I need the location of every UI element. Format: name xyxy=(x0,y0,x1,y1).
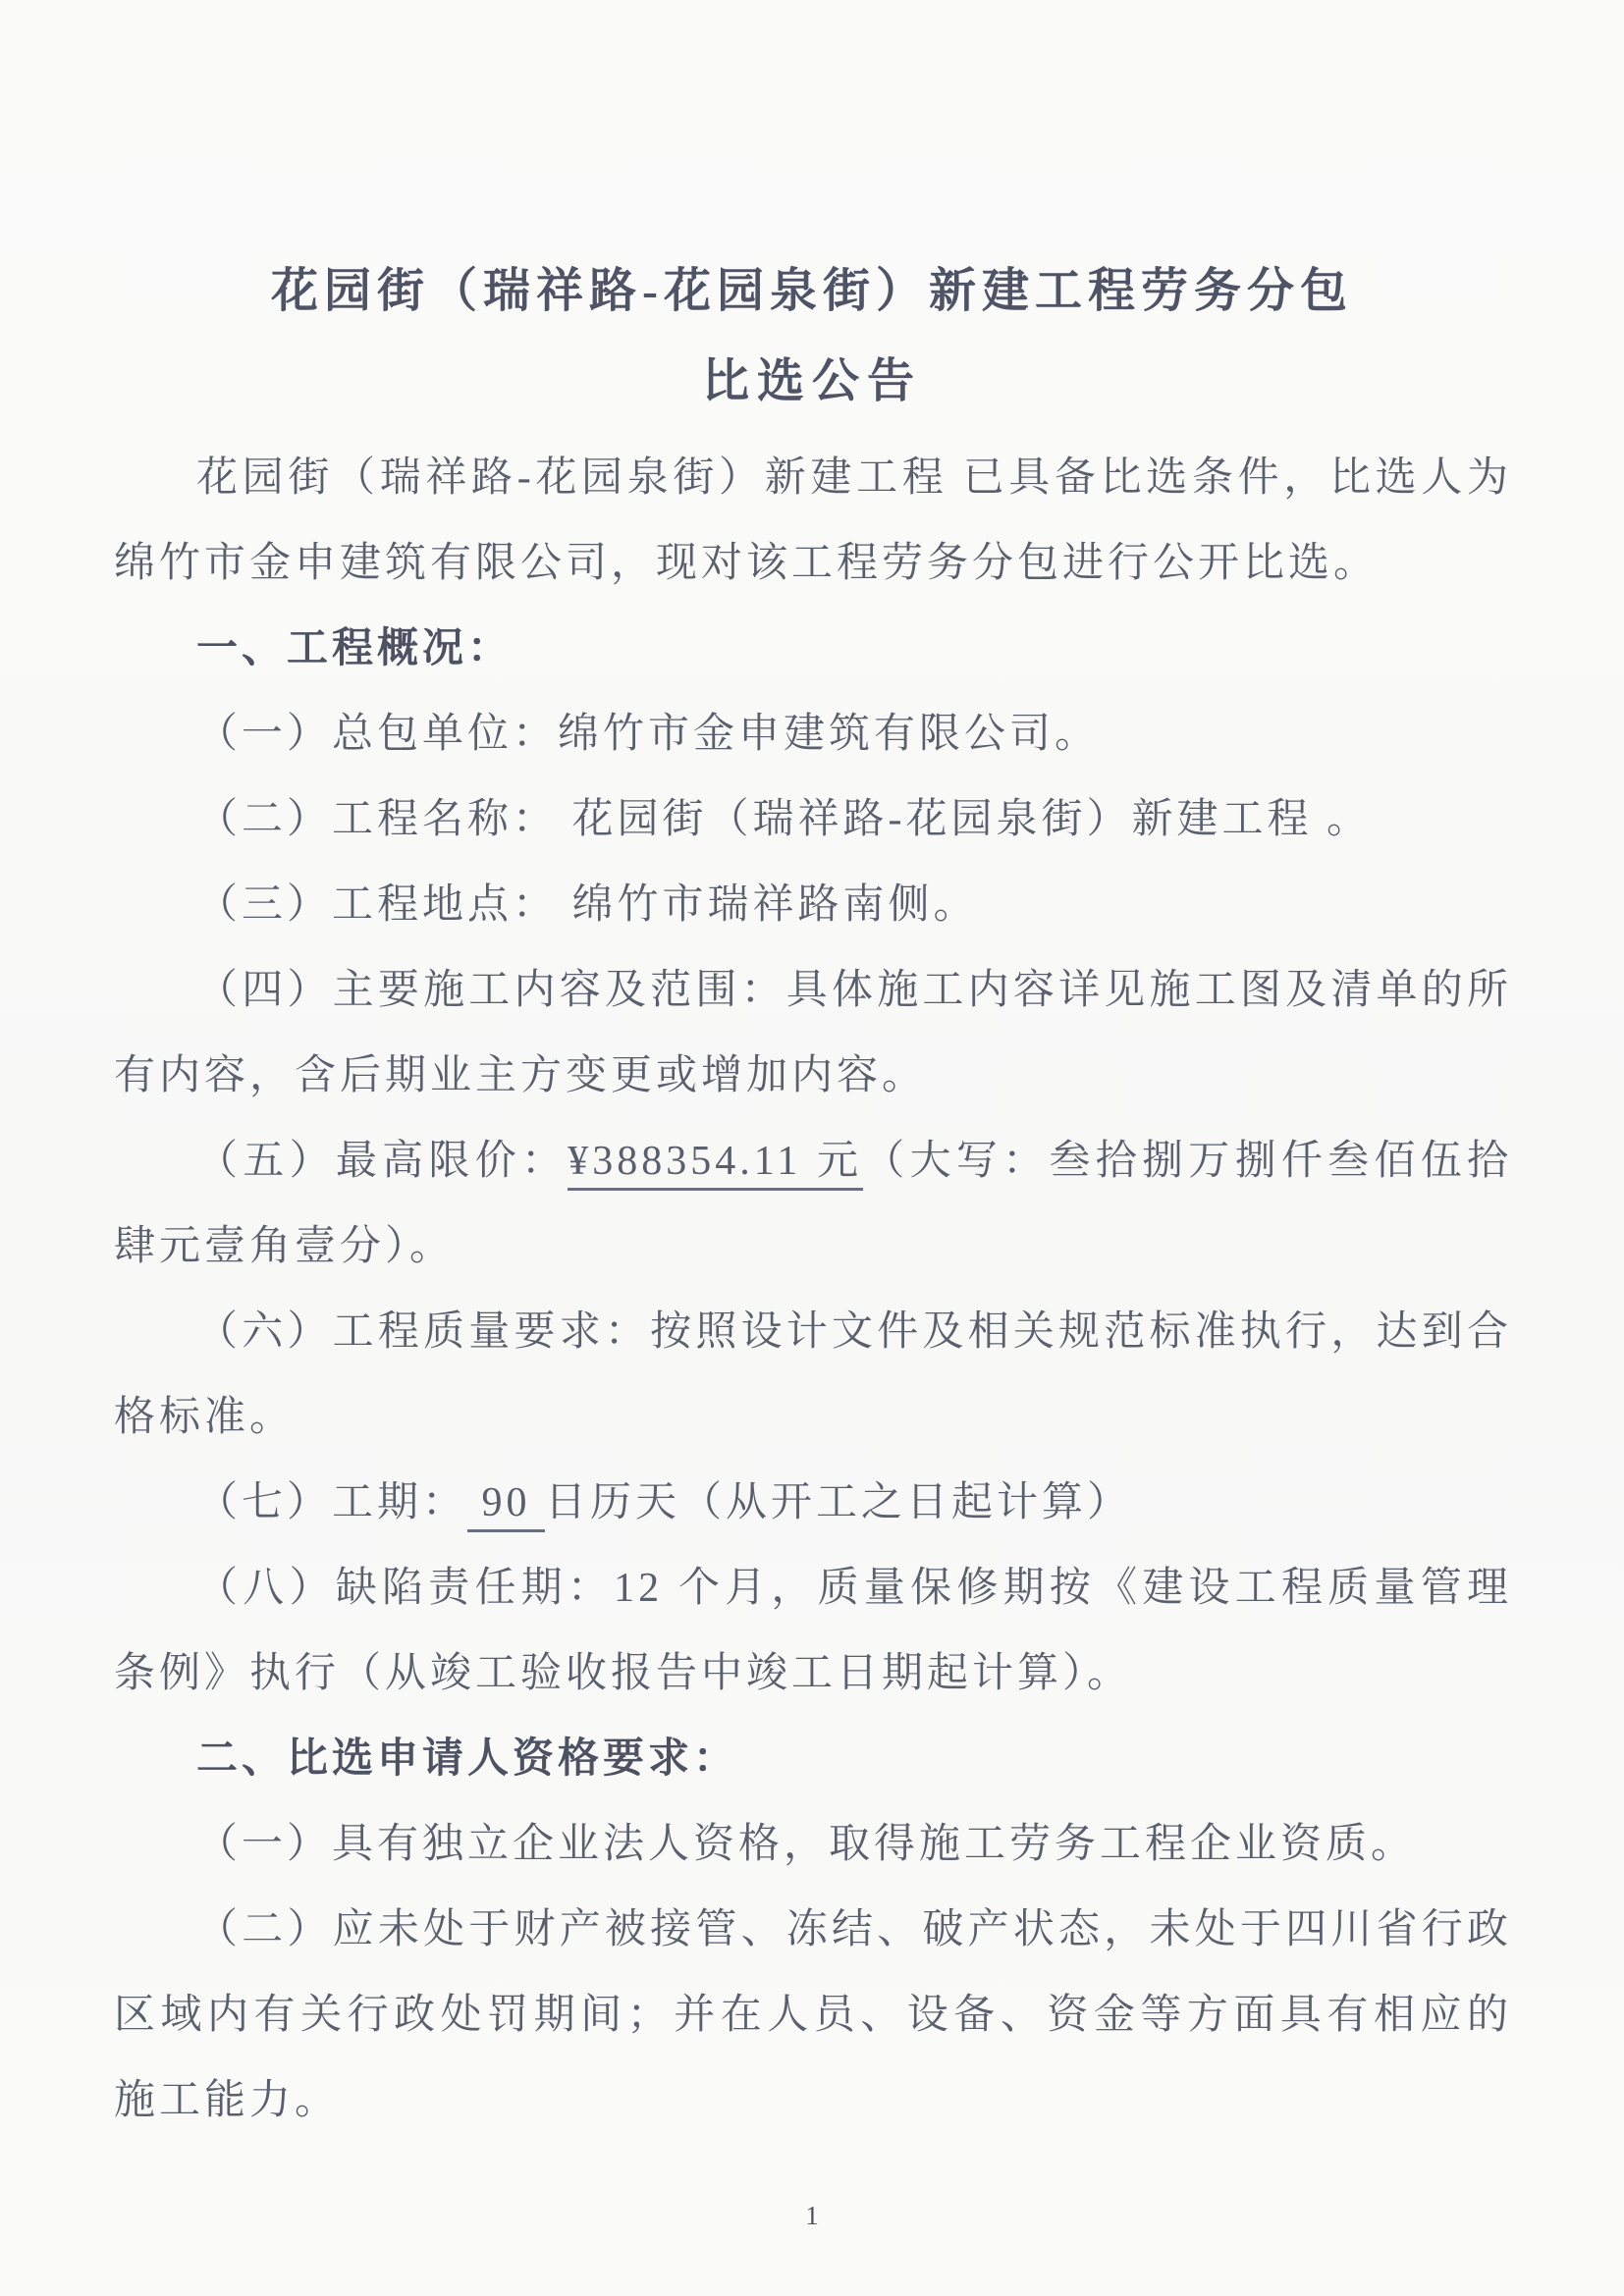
paragraph-intro: 花园街（瑞祥路-花园泉街）新建工程 已具备比选条件，比选人为绵竹市金申建筑有限公… xyxy=(114,436,1512,607)
max-price-prefix: （五）最高限价： xyxy=(196,1139,568,1184)
document-subtitle: 比选公告 xyxy=(0,353,1624,410)
section-1-item-project-name: （二）工程名称： 花园街（瑞祥路-花园泉街）新建工程 。 xyxy=(114,777,1512,863)
section-1-item-duration: （七）工期： 90 日历天（从开工之日起计算） xyxy=(114,1461,1512,1546)
section-1-item-defect-liability: （八）缺陷责任期：12 个月，质量保修期按《建设工程质量管理条例》执行（从竣工验… xyxy=(114,1546,1512,1717)
scanned-document-page: 花园街（瑞祥路-花园泉街）新建工程劳务分包 比选公告 花园街（瑞祥路-花园泉街）… xyxy=(0,0,1624,2296)
section-1-item-scope-of-work: （四）主要施工内容及范围：具体施工内容详见施工图及清单的所有内容，含后期业主方变… xyxy=(114,948,1512,1119)
max-price-underlined-value: ¥388354.11 元 xyxy=(568,1139,863,1191)
section-1-item-general-contractor: （一）总包单位：绵竹市金申建筑有限公司。 xyxy=(114,692,1512,777)
duration-underlined-value: 90 xyxy=(467,1480,545,1532)
document-title: 花园街（瑞祥路-花园泉街）新建工程劳务分包 xyxy=(0,0,1624,320)
section-1-heading: 一、工程概况： xyxy=(114,607,1512,692)
section-2-item-status-requirement: （二）应未处于财产被接管、冻结、破产状态，未处于四川省行政区域内有关行政处罚期间… xyxy=(114,1888,1512,2144)
section-2-item-legal-qualification: （一）具有独立企业法人资格，取得施工劳务工程企业资质。 xyxy=(114,1802,1512,1888)
duration-suffix: 日历天（从开工之日起计算） xyxy=(545,1480,1132,1525)
document-body: 花园街（瑞祥路-花园泉街）新建工程 已具备比选条件，比选人为绵竹市金申建筑有限公… xyxy=(0,436,1624,2144)
section-1-item-quality-requirement: （六）工程质量要求：按照设计文件及相关规范标准执行，达到合格标准。 xyxy=(114,1290,1512,1461)
section-2-heading: 二、比选申请人资格要求： xyxy=(114,1717,1512,1802)
section-1-item-max-price: （五）最高限价：¥388354.11 元（大写：叁拾捌万捌仟叁佰伍拾肆元壹角壹分… xyxy=(114,1119,1512,1290)
duration-prefix: （七）工期： xyxy=(196,1480,467,1525)
page-number: 1 xyxy=(0,2201,1624,2231)
section-1-item-project-location: （三）工程地点： 绵竹市瑞祥路南侧。 xyxy=(114,863,1512,948)
